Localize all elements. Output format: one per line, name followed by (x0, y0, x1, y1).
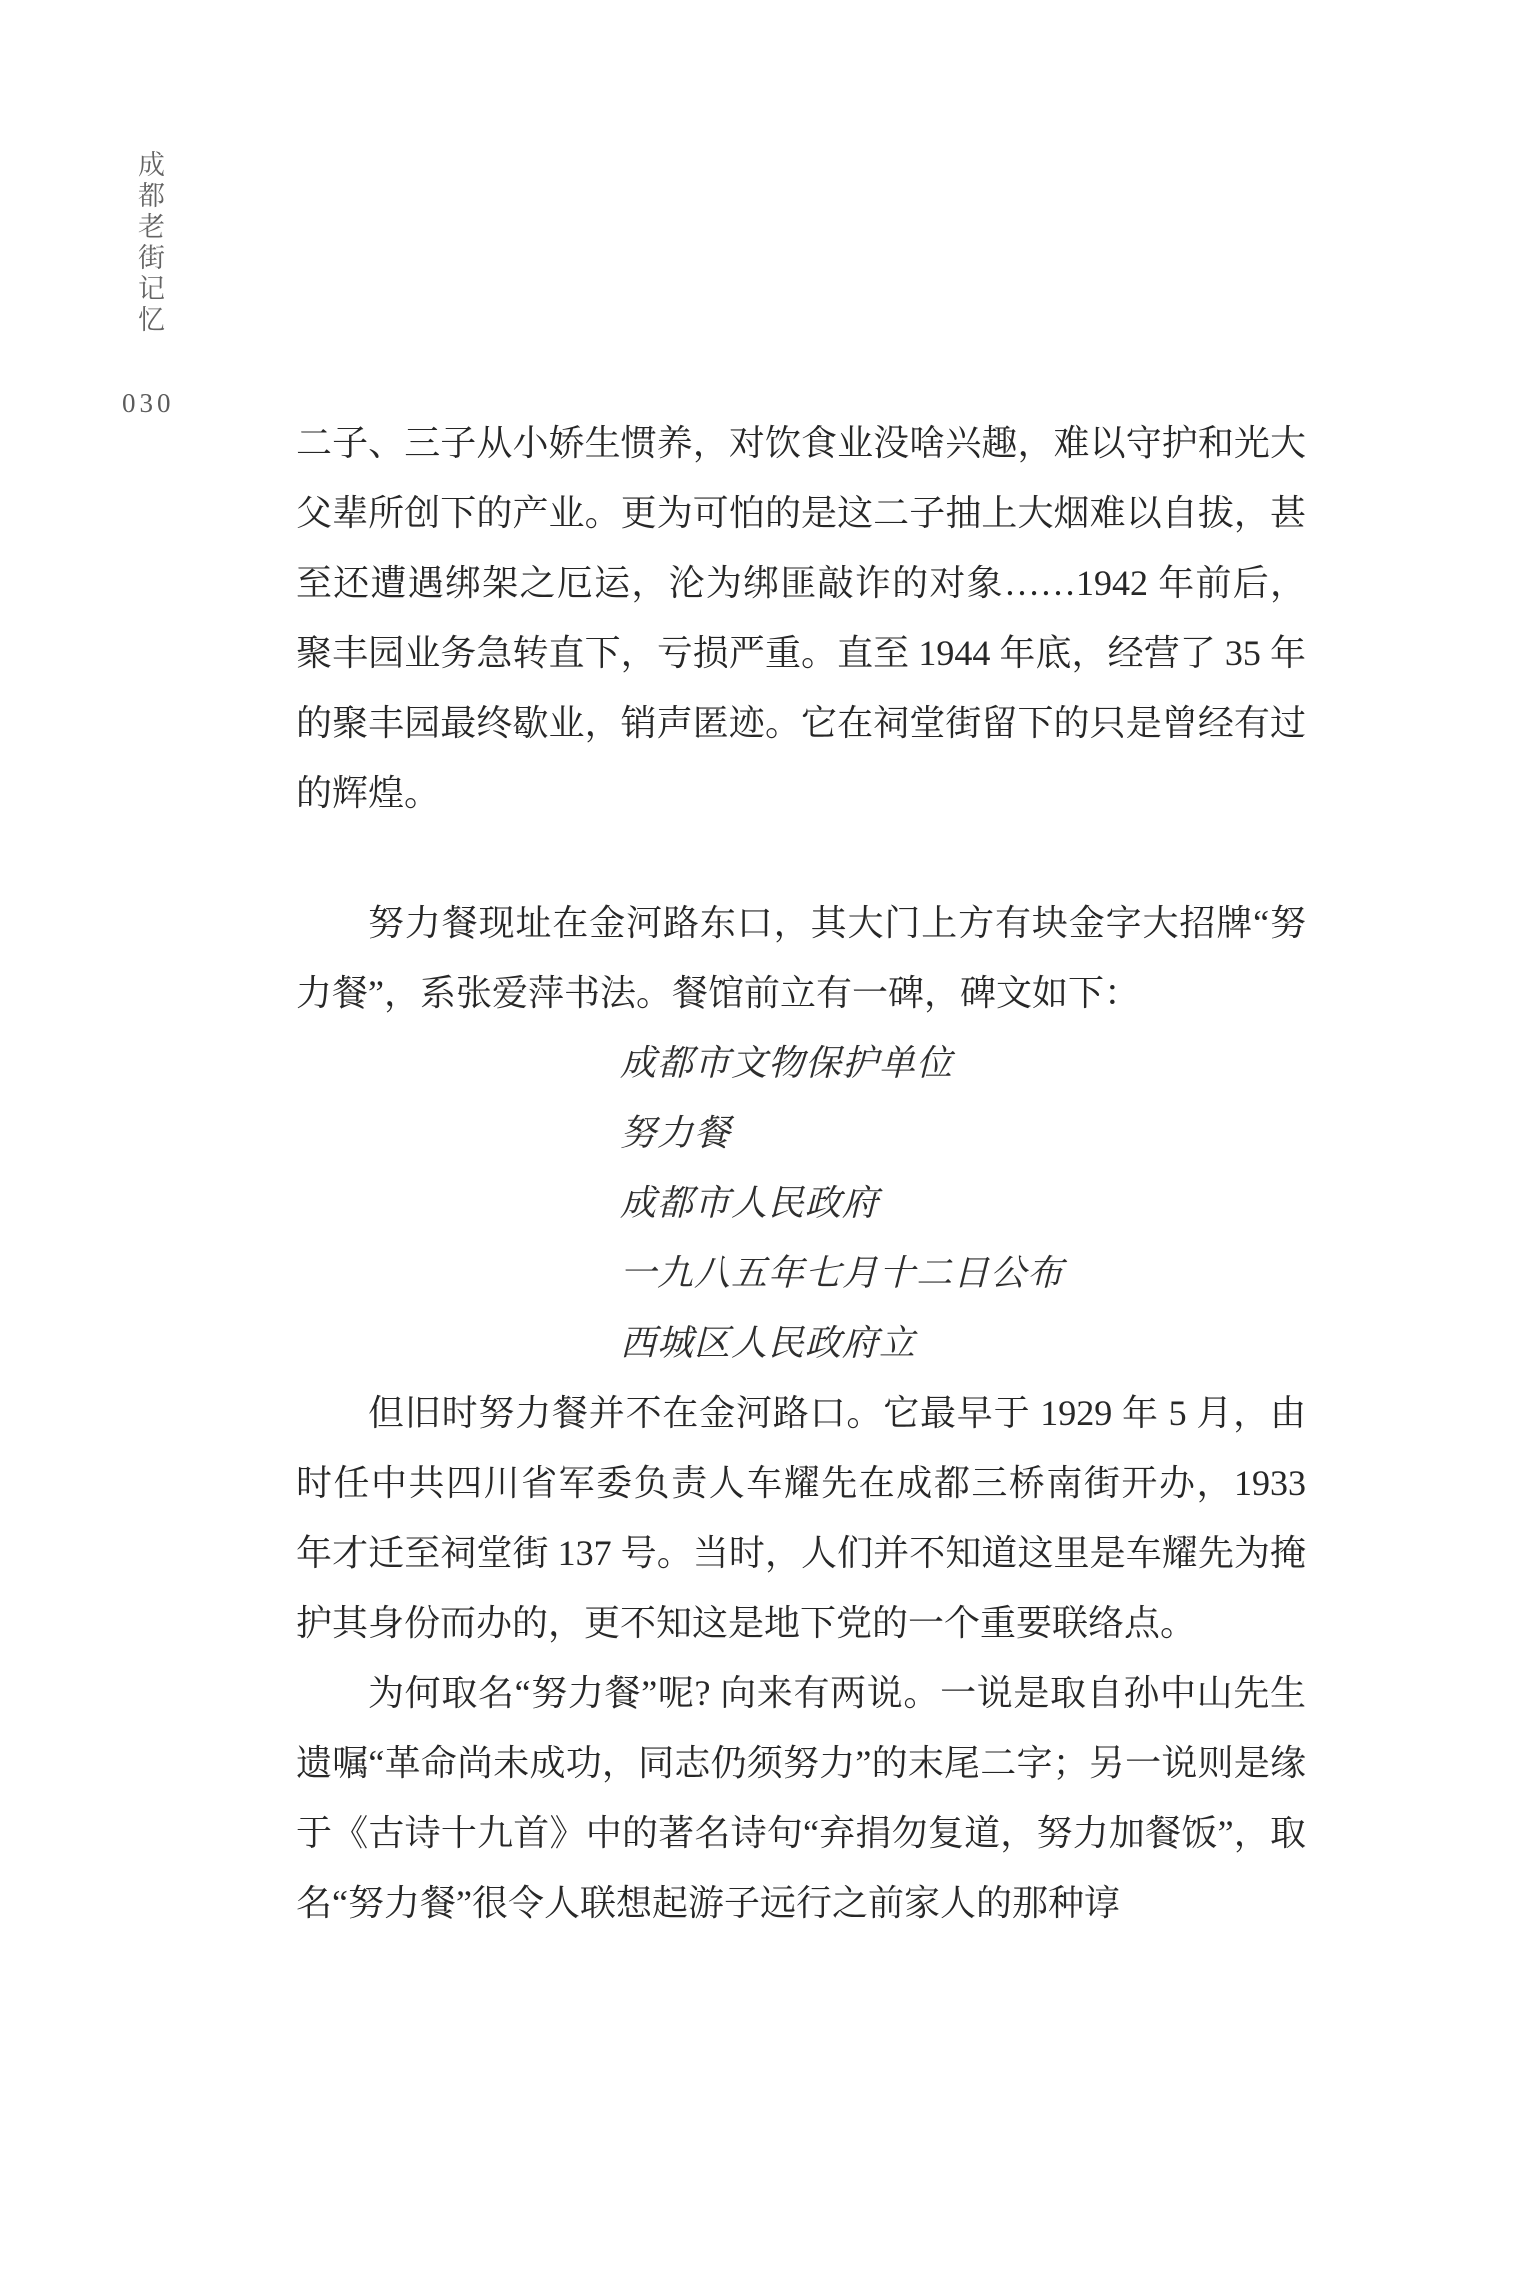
book-side-title: 成都老街记忆 (132, 150, 166, 336)
main-text-column: 二子、三子从小娇生惯养，对饮食业没啥兴趣，难以守护和光大父辈所创下的产业。更为可… (296, 408, 1306, 1938)
paragraph-jufengyuan-decline: 二子、三子从小娇生惯养，对饮食业没啥兴趣，难以守护和光大父辈所创下的产业。更为可… (296, 408, 1306, 828)
inscription-line-heritage-unit: 成都市文物保护单位 (620, 1028, 1306, 1098)
paragraph-nulican-name-origin: 为何取名“努力餐”呢? 向来有两说。一说是取自孙中山先生遗嘱“革命尚未成功，同志… (296, 1658, 1306, 1938)
book-page: 成都老街记忆 030 二子、三子从小娇生惯养，对饮食业没啥兴趣，难以守护和光大父… (0, 0, 1536, 2278)
page-number: 030 (122, 388, 175, 419)
inscription-line-date: 一九八五年七月十二日公布 (620, 1238, 1306, 1308)
inscription-line-district-government: 西城区人民政府立 (620, 1308, 1306, 1378)
inscription-line-nulican: 努力餐 (620, 1098, 1306, 1168)
paragraph-nulican-location: 努力餐现址在金河路东口，其大门上方有块金字大招牌“努力餐”，系张爱萍书法。餐馆前… (296, 888, 1306, 1028)
paragraph-nulican-history: 但旧时努力餐并不在金河路口。它最早于 1929 年 5 月，由时任中共四川省军委… (296, 1378, 1306, 1658)
stele-inscription-block: 成都市文物保护单位 努力餐 成都市人民政府 一九八五年七月十二日公布 西城区人民… (620, 1028, 1306, 1378)
inscription-line-city-government: 成都市人民政府 (620, 1168, 1306, 1238)
